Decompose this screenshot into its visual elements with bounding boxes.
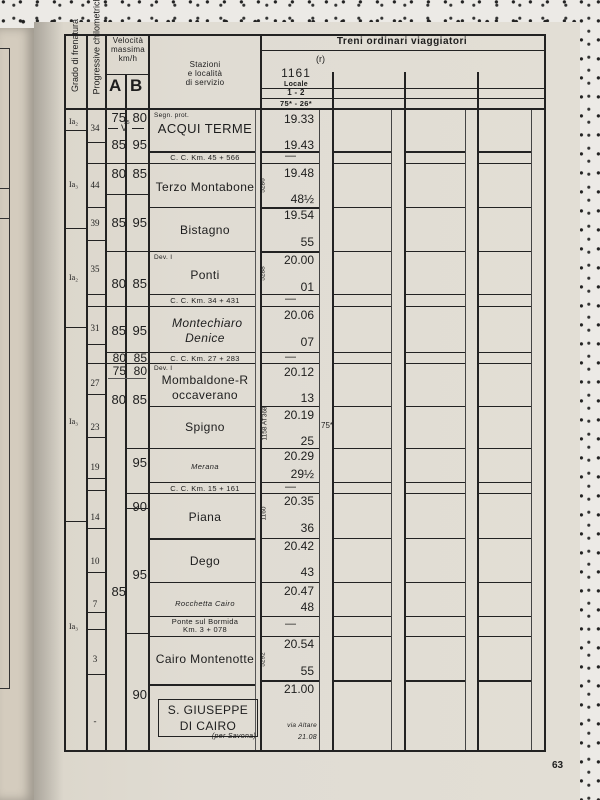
- departure-time: 55: [264, 235, 314, 249]
- arrival-time: 20.54: [264, 637, 314, 651]
- km-marker: 39: [86, 218, 104, 228]
- speed-a: 85: [104, 215, 126, 230]
- speed-a: 75: [104, 364, 126, 378]
- km-marker: 10: [86, 556, 104, 566]
- speed-a: 80: [104, 276, 126, 291]
- station-destination-note: (per Savona): [150, 733, 256, 740]
- arrival-time: 20.00: [264, 253, 314, 267]
- station-terzo-montabone: Terzo Montabone: [150, 180, 260, 194]
- km-marker: 27: [86, 378, 104, 388]
- arrival-time: 20.35: [264, 494, 314, 508]
- time-dash: —: [262, 618, 319, 630]
- train-code: 1160: [260, 507, 267, 521]
- grado-entry: Ia₂: [69, 117, 78, 126]
- grado-entry: Ia₂: [69, 273, 78, 282]
- departure-time: 48½: [264, 192, 314, 206]
- header-progressive: Progressive chilometriche: [92, 40, 102, 95]
- station-note: Segn. prot.: [154, 112, 189, 119]
- speed-a: 85: [104, 323, 126, 338]
- km-marker: 34: [86, 123, 104, 133]
- departure-time: 01: [264, 280, 314, 294]
- station-bistagno: Bistagno: [150, 223, 260, 237]
- departure-time: 25: [264, 434, 314, 448]
- arrival-time: 20.29: [264, 449, 314, 463]
- departure-time: 29½: [264, 467, 314, 481]
- station-cc-27: C. C. Km. 27 + 283: [150, 354, 260, 363]
- km-marker: 44: [86, 180, 104, 190]
- km-marker: 3: [86, 654, 104, 664]
- train-note: (r): [316, 54, 325, 64]
- timetable: Grado di frenatura Progressive chilometr…: [64, 32, 546, 752]
- km-marker: 31: [86, 323, 104, 333]
- departure-time: 36: [264, 521, 314, 535]
- station-s-giuseppe-di-cairo: S. GIUSEPPE DI CAIRO: [158, 699, 258, 737]
- speed-b: 95: [125, 455, 147, 470]
- station-cairo-montenotte: Cairo Montenotte: [150, 652, 260, 666]
- station-montechiaro-denice: Montechiaro Denice: [150, 316, 260, 346]
- header-speed-a: A: [109, 76, 121, 96]
- train-class: 1 - 2: [260, 88, 332, 97]
- station-merana: Merana: [150, 462, 260, 471]
- station-mombaldone-roccaverano: Mombaldone-Roccaverano: [150, 373, 260, 403]
- header-stations-2: e località: [150, 69, 260, 78]
- via-note: via Altare: [264, 722, 317, 729]
- arrival-time: 20.42: [264, 539, 314, 553]
- header-trains-group: Treni ordinari viaggiatori: [260, 36, 544, 47]
- grado-entry: Ia₃: [69, 417, 78, 426]
- header-stations-3: di servizio: [150, 78, 260, 87]
- station-piana: Piana: [150, 510, 260, 524]
- spigno-annotation: 75*: [321, 421, 333, 430]
- speed-b: 95: [125, 137, 147, 152]
- station-spigno: Spigno: [150, 420, 260, 434]
- speed-b: 95: [125, 567, 147, 582]
- train-number: 1161: [260, 66, 332, 80]
- speed-b: 90: [125, 687, 147, 702]
- speed-a: 85: [104, 584, 126, 599]
- km-marker: 23: [86, 422, 104, 432]
- station-cc-15: C. C. Km. 15 + 161: [150, 484, 260, 493]
- station-dego: Dego: [150, 554, 260, 568]
- arrival-time: 19.33: [264, 112, 314, 126]
- arrival-time: 19.48: [264, 166, 314, 180]
- speed-b: 85: [125, 276, 147, 291]
- speed-b: 85: [125, 166, 147, 181]
- header-speed: Velocità massima km/h: [108, 36, 148, 63]
- header-speed-b: B: [130, 76, 142, 96]
- speed-a: 80: [104, 166, 126, 181]
- km-marker: 19: [86, 462, 104, 472]
- arrival-time: 20.12: [264, 365, 314, 379]
- station-rocchetta-cairo: Rocchetta Cairo: [150, 599, 260, 608]
- speed-b: 95: [125, 215, 147, 230]
- departure-time: 07: [264, 335, 314, 349]
- train-type: Locale: [260, 81, 332, 88]
- header-grado: Grado di frenatura: [70, 42, 80, 92]
- train-loading: 75* - 26*: [260, 99, 332, 108]
- speed-b: 95: [125, 323, 147, 338]
- time-dash: —: [262, 150, 319, 162]
- station-ponte-bormida: Ponte sul Bormida Km. 3 + 078: [150, 618, 260, 634]
- departure-time: 13: [264, 391, 314, 405]
- station-ponti: Ponti: [150, 268, 260, 282]
- arrival-time: 20.06: [264, 308, 314, 322]
- facing-page-edge: [0, 28, 34, 800]
- speed-a: 85: [104, 137, 126, 152]
- arrival-time: 19.54: [264, 208, 314, 222]
- speed-b: 85: [125, 392, 147, 407]
- km-marker: 14: [86, 512, 104, 522]
- arrival-time: 21.00: [264, 682, 314, 696]
- grado-entry: Ia₃: [69, 180, 78, 189]
- speed-b: 80: [125, 364, 147, 378]
- arrival-time: 20.19: [264, 408, 314, 422]
- departure-time: 43: [264, 565, 314, 579]
- speed-a: 80: [104, 392, 126, 407]
- via-time: 21.08: [264, 734, 317, 741]
- train-code: 5288: [260, 266, 267, 280]
- time-dash: —: [262, 293, 319, 305]
- km-marker: 35: [86, 264, 104, 274]
- departure-time: 48: [264, 600, 314, 614]
- gutter-shadow: [34, 22, 64, 800]
- grado-entry: Ia₃: [69, 622, 78, 631]
- km-marker: -: [86, 716, 104, 726]
- junction-speed-value: 55: [124, 120, 130, 126]
- station-acqui-terme: ACQUI TERME: [150, 121, 260, 136]
- station-cc-45: C. C. Km. 45 + 566: [150, 153, 260, 162]
- time-dash: —: [262, 481, 319, 493]
- departure-time: 55: [264, 664, 314, 678]
- km-marker: 7: [86, 599, 104, 609]
- station-cc-34: C. C. Km. 34 + 431: [150, 296, 260, 305]
- train-code: 5286: [260, 178, 267, 192]
- speed-b: 90: [125, 499, 147, 514]
- station-note: Dev. I: [154, 254, 172, 261]
- time-dash: —: [262, 351, 319, 363]
- station-note: Dev. I: [154, 365, 172, 372]
- header-stations-1: Stazioni: [150, 60, 260, 69]
- arrival-time: 20.47: [264, 584, 314, 598]
- page-number: 63: [552, 760, 563, 771]
